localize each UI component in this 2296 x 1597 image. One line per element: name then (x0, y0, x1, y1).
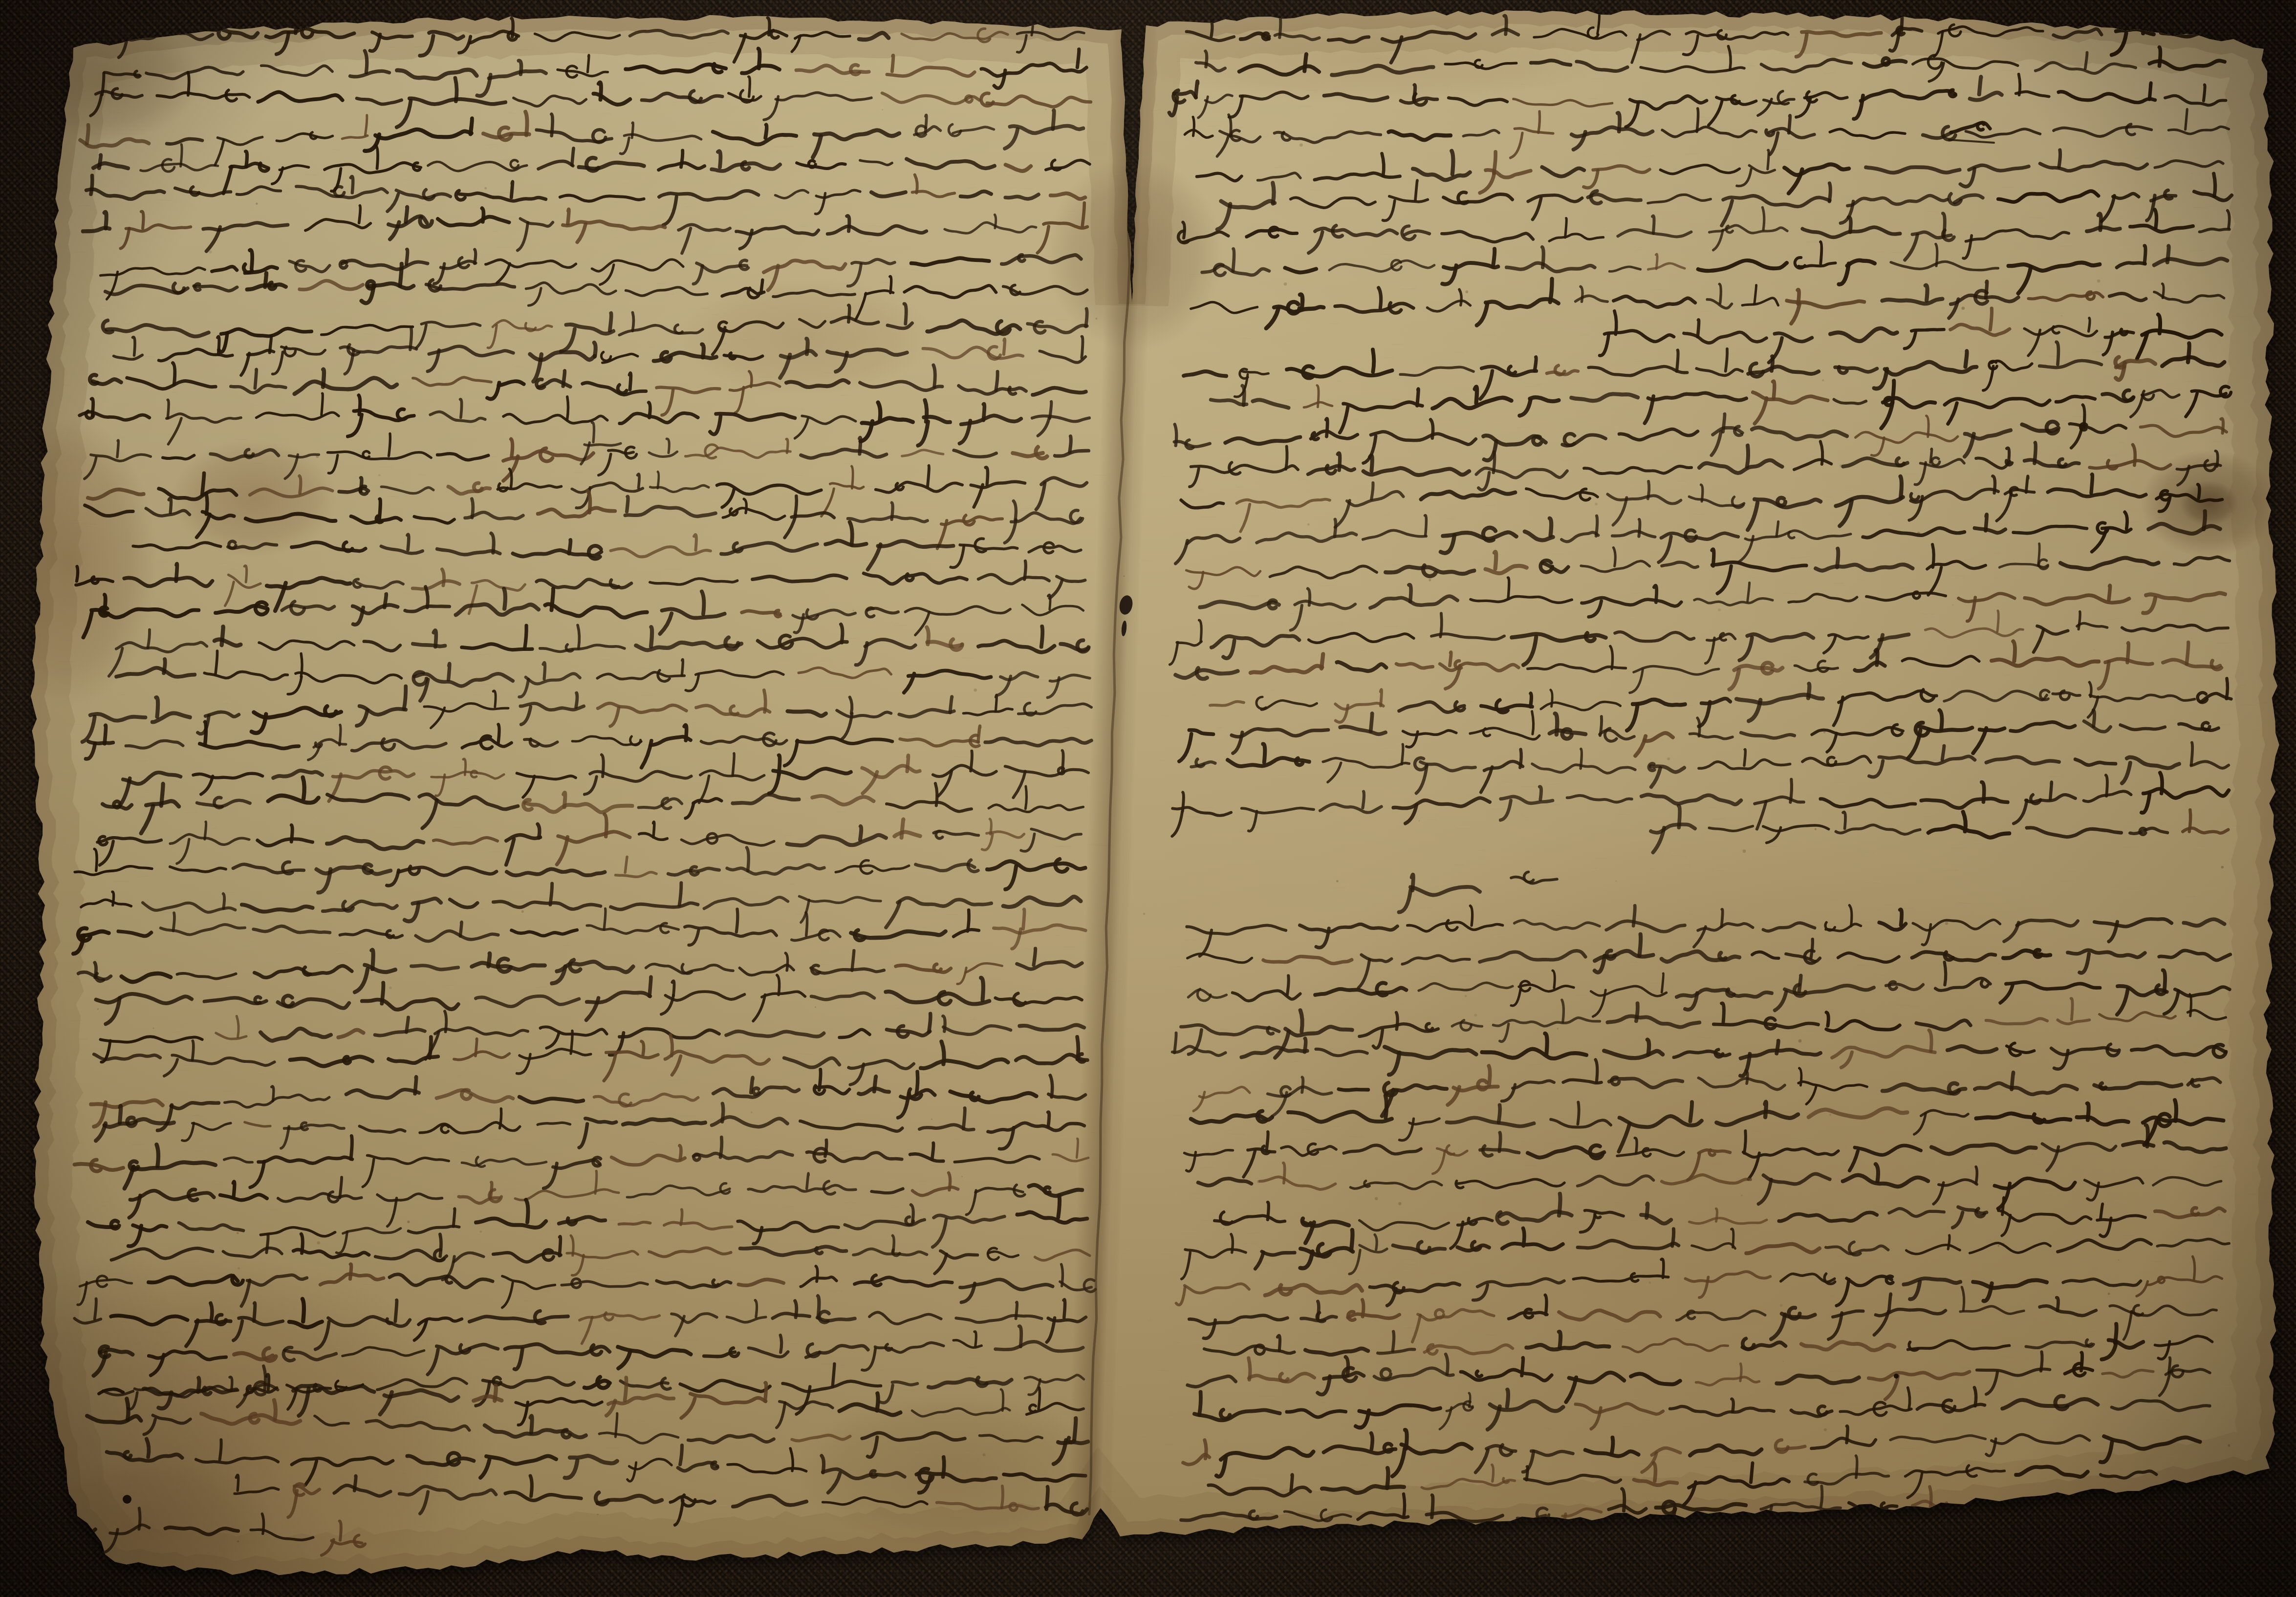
manuscript-photo: { "photo": { "subject": "Opened handwrit… (0, 0, 2296, 1597)
manuscript-bifolium (0, 0, 2296, 1597)
